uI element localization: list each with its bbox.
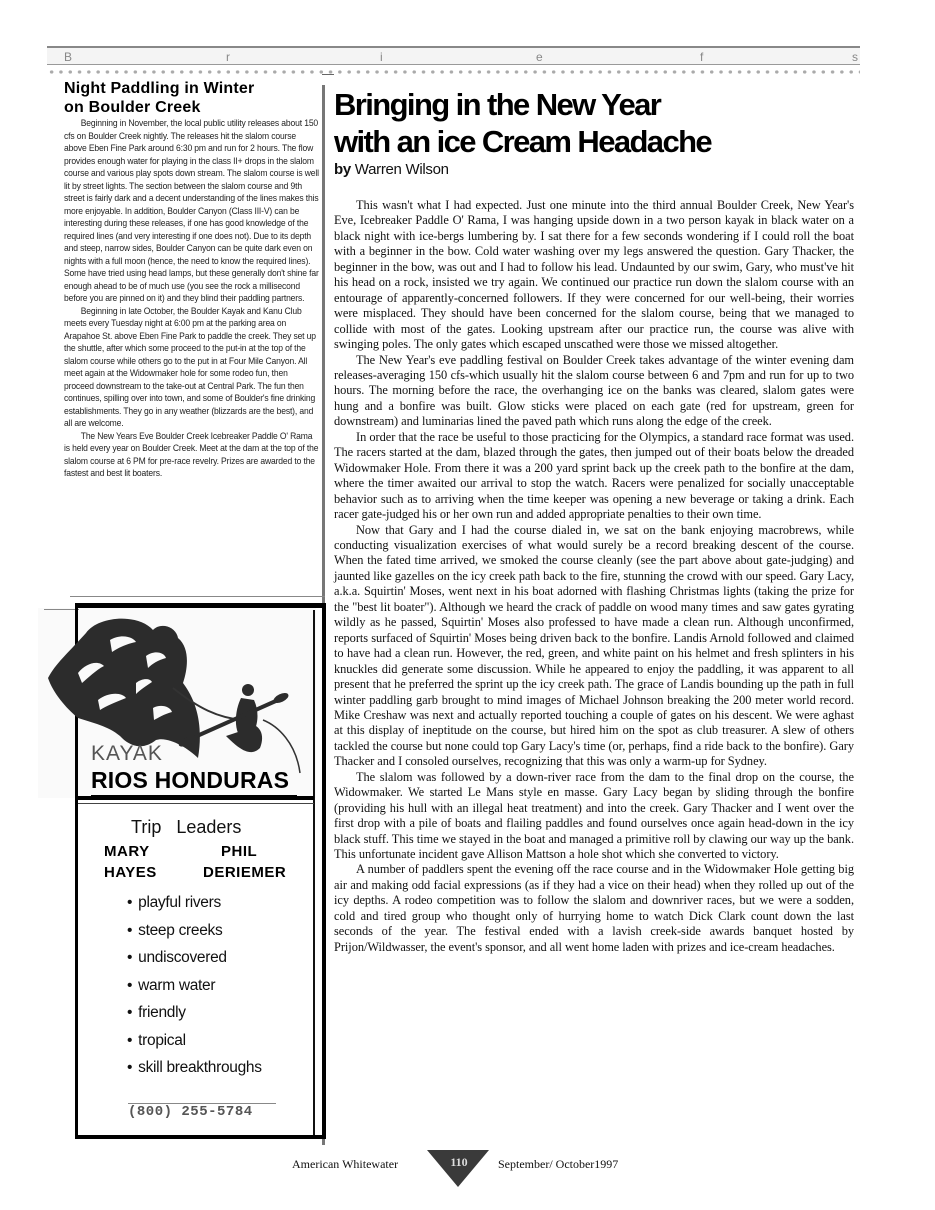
ad-separator-thin	[78, 803, 314, 804]
title-line-1: Bringing in the New Year	[334, 86, 711, 123]
leader-2-last-name: DERIEMER	[203, 864, 286, 881]
paragraph: Beginning in late October, the Boulder K…	[64, 305, 320, 430]
paragraph: This wasn't what I had expected. Just on…	[334, 198, 854, 353]
sidebar-title-line-2: on Boulder Creek	[64, 98, 320, 117]
leader-1-last-name: HAYES	[104, 864, 157, 881]
title-line-2: with an ice Cream Headache	[334, 123, 711, 160]
column-rule-cap	[322, 74, 334, 75]
main-article-title: Bringing in the New Year with an ice Cre…	[334, 86, 711, 160]
ad-company-name: RIOS HONDURAS	[91, 767, 289, 794]
trip-leaders-heading: Trip Leaders	[131, 817, 241, 838]
paragraph: A number of paddlers spent the evening o…	[334, 862, 854, 955]
ad-phone-number: (800) 255-5784	[128, 1104, 253, 1120]
footer-issue-date: September/ October1997	[498, 1157, 618, 1172]
feature-item: friendly	[127, 999, 262, 1027]
footer-publication: American Whitewater	[292, 1157, 398, 1172]
header-letter: s	[852, 50, 858, 64]
header-dotted-rule	[47, 69, 860, 75]
section-header-band	[47, 48, 860, 65]
ad-kayak-label: KAYAK	[91, 742, 163, 766]
ad-separator	[78, 796, 314, 800]
feature-item: playful rivers	[127, 889, 262, 917]
byline-prefix: by	[334, 161, 351, 178]
header-letter: e	[536, 50, 543, 64]
page-number: 110	[446, 1155, 472, 1170]
sidebar-article-title: Night Paddling in Winter on Boulder Cree…	[64, 79, 320, 117]
feature-item: tropical	[127, 1027, 262, 1055]
paragraph: Now that Gary and I had the course diale…	[334, 523, 854, 770]
header-letter: r	[226, 50, 230, 64]
header-letter: B	[64, 50, 72, 64]
sidebar-article-body: Beginning in November, the local public …	[64, 117, 320, 480]
leader-1-first-name: MARY	[104, 843, 150, 860]
main-article-body: This wasn't what I had expected. Just on…	[334, 198, 854, 955]
ad-feature-list: playful rivers steep creeks undiscovered…	[127, 889, 262, 1082]
author-name: Warren Wilson	[355, 161, 449, 178]
sidebar-article: Night Paddling in Winter on Boulder Cree…	[64, 79, 320, 480]
byline: by Warren Wilson	[334, 161, 449, 178]
ad-top-rule	[70, 596, 325, 597]
sidebar-title-line-1: Night Paddling in Winter	[64, 79, 320, 98]
paragraph: Beginning in November, the local public …	[64, 117, 320, 305]
paragraph: In order that the race be useful to thos…	[334, 430, 854, 523]
paragraph: The slalom was followed by a down-river …	[334, 770, 854, 863]
header-letter: f	[700, 50, 703, 64]
paragraph: The New Year's eve paddling festival on …	[334, 353, 854, 430]
feature-item: undiscovered	[127, 944, 262, 972]
leader-2-first-name: PHIL	[221, 843, 257, 860]
paragraph: The New Years Eve Boulder Creek Icebreak…	[64, 430, 320, 480]
feature-item: skill breakthroughs	[127, 1054, 262, 1082]
header-letter: i	[380, 50, 383, 64]
feature-item: steep creeks	[127, 917, 262, 945]
feature-item: warm water	[127, 972, 262, 1000]
